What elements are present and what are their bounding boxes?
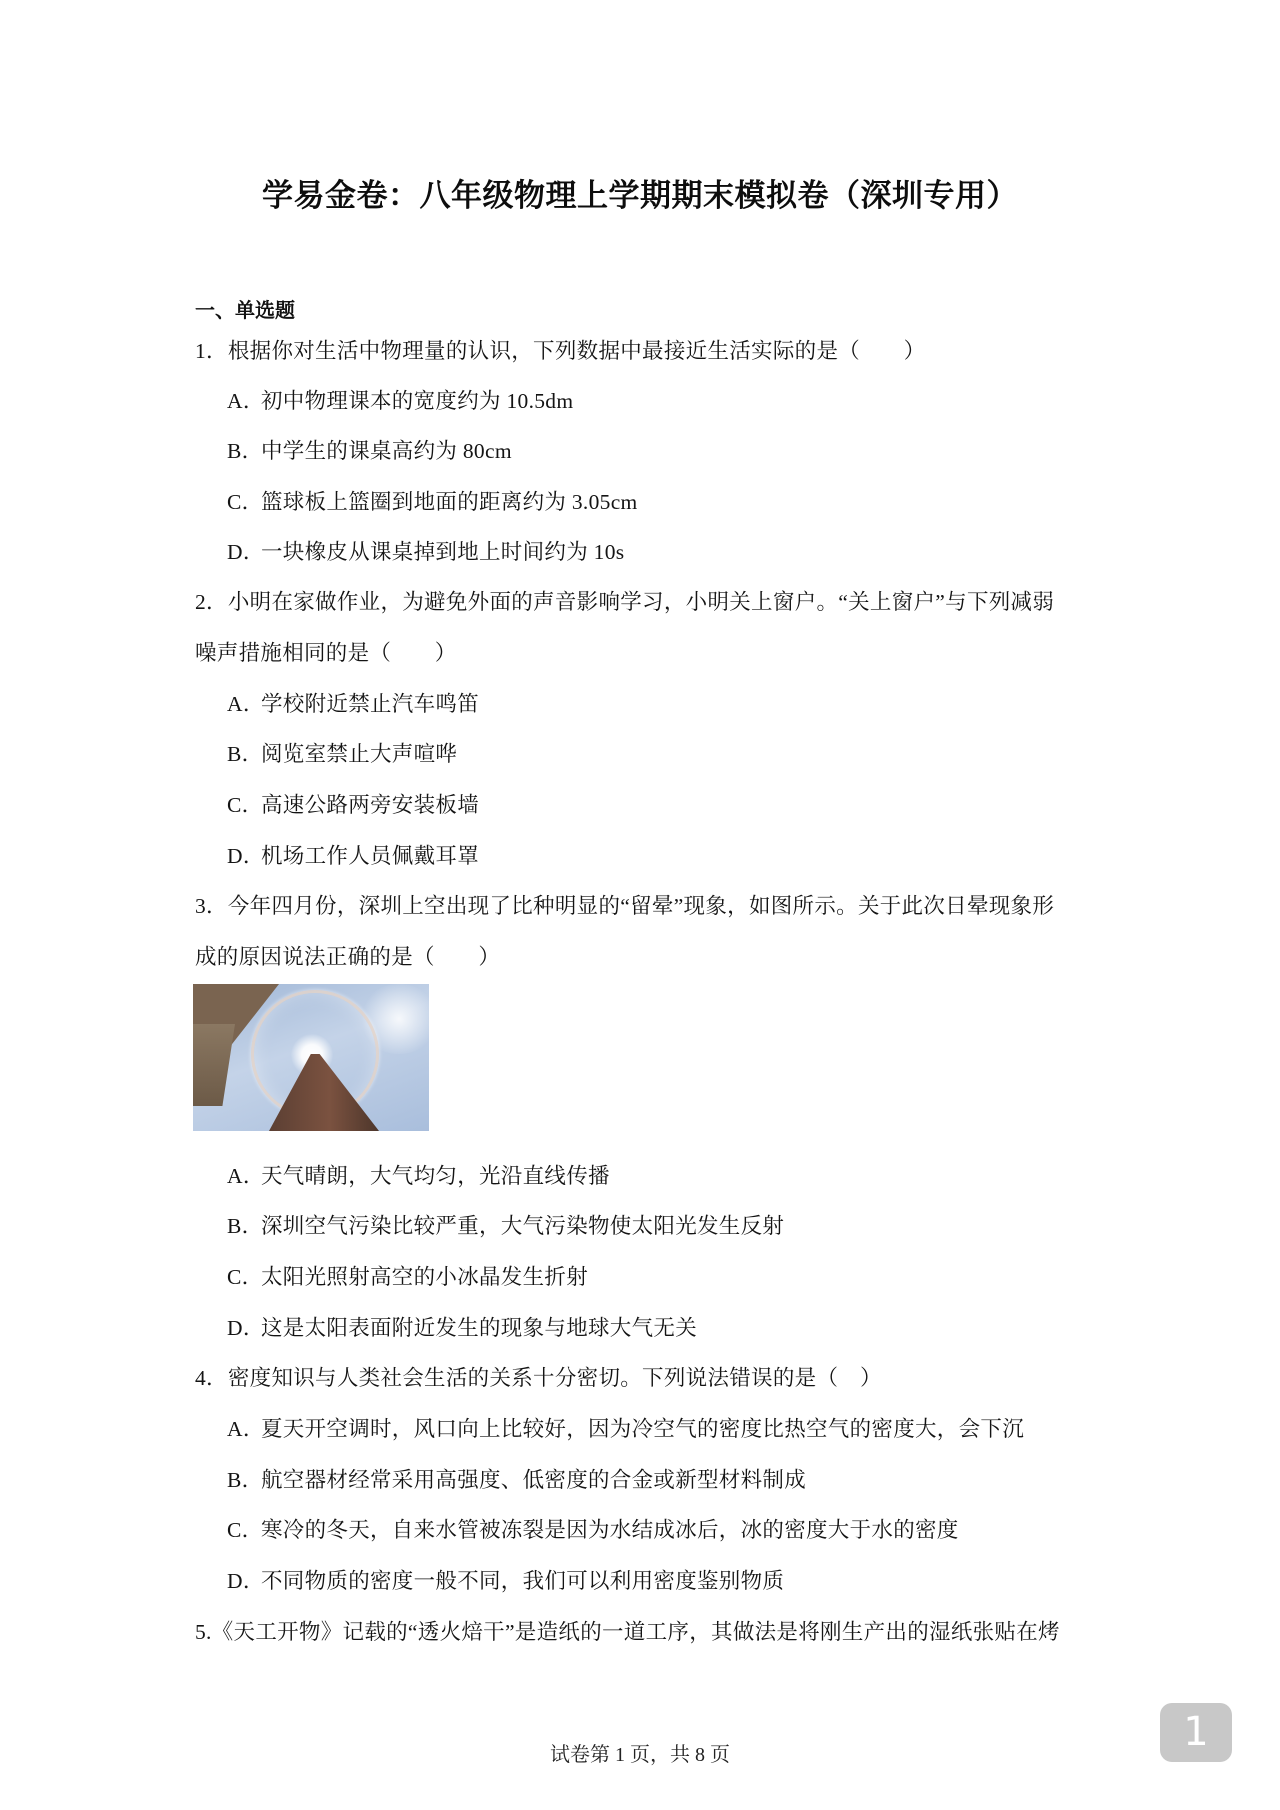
question-2-option-b: B．阅览室禁止大声喧哗 bbox=[227, 740, 457, 768]
option-label: B． bbox=[227, 1466, 261, 1494]
question-1-option-b: B．中学生的课桌高约为 80cm bbox=[227, 437, 512, 465]
option-label: B． bbox=[227, 740, 261, 768]
option-label: C． bbox=[227, 488, 261, 516]
option-label: C． bbox=[227, 1516, 261, 1544]
page-number-badge[interactable]: 1 bbox=[1160, 1703, 1232, 1762]
question-4-stem: 4．密度知识与人类社会生活的关系十分密切。下列说法错误的是（ ） bbox=[195, 1364, 882, 1392]
question-2-option-a: A．学校附近禁止汽车鸣笛 bbox=[227, 690, 479, 718]
option-text: 太阳光照射高空的小冰晶发生折射 bbox=[261, 1265, 588, 1289]
option-label: D． bbox=[227, 842, 261, 870]
option-label: A． bbox=[227, 1162, 261, 1190]
option-label: B． bbox=[227, 1212, 261, 1240]
question-5-stem: 5.《天工开物》记载的“透火焙干”是造纸的一道工序，其做法是将刚生产出的湿纸张贴… bbox=[195, 1618, 1060, 1646]
option-label: C． bbox=[227, 791, 261, 819]
question-4-option-d: D．不同物质的密度一般不同，我们可以利用密度鉴别物质 bbox=[227, 1567, 784, 1595]
option-text: 不同物质的密度一般不同，我们可以利用密度鉴别物质 bbox=[261, 1569, 784, 1593]
option-text: 高速公路两旁安装板墙 bbox=[261, 793, 479, 817]
question-4-option-b: B．航空器材经常采用高强度、低密度的合金或新型材料制成 bbox=[227, 1466, 806, 1494]
option-label: A． bbox=[227, 387, 261, 415]
question-3-option-a: A．天气晴朗，大气均匀，光沿直线传播 bbox=[227, 1162, 610, 1190]
document-title: 学易金卷：八年级物理上学期期末模拟卷（深圳专用） bbox=[0, 170, 1280, 215]
option-text: 中学生的课桌高约为 80cm bbox=[261, 439, 512, 463]
sun-halo-photo bbox=[193, 984, 429, 1131]
option-text: 机场工作人员佩戴耳罩 bbox=[261, 844, 479, 868]
option-label: B． bbox=[227, 437, 261, 465]
question-2-option-c: C．高速公路两旁安装板墙 bbox=[227, 791, 479, 819]
question-3-option-b: B．深圳空气污染比较严重，大气污染物使太阳光发生反射 bbox=[227, 1212, 784, 1240]
option-label: D． bbox=[227, 538, 261, 566]
question-3-stem-line-2: 成的原因说法正确的是（ ） bbox=[195, 943, 500, 971]
section-heading: 一、单选题 bbox=[195, 294, 295, 323]
question-4-option-a: A．夏天开空调时，风口向上比较好，因为冷空气的密度比热空气的密度大，会下沉 bbox=[227, 1415, 1024, 1443]
option-text: 天气晴朗，大气均匀，光沿直线传播 bbox=[261, 1164, 610, 1188]
option-label: D． bbox=[227, 1567, 261, 1595]
option-text: 夏天开空调时，风口向上比较好，因为冷空气的密度比热空气的密度大，会下沉 bbox=[261, 1417, 1024, 1441]
question-2-stem-line-2: 噪声措施相同的是（ ） bbox=[195, 639, 457, 667]
option-text: 篮球板上篮圈到地面的距离约为 3.05cm bbox=[261, 490, 638, 514]
question-1-option-a: A．初中物理课本的宽度约为 10.5dm bbox=[227, 387, 573, 415]
option-label: A． bbox=[227, 690, 261, 718]
page-footer: 试卷第 1 页，共 8 页 bbox=[0, 1738, 1280, 1767]
question-1-option-c: C．篮球板上篮圈到地面的距离约为 3.05cm bbox=[227, 488, 638, 516]
option-text: 深圳空气污染比较严重，大气污染物使太阳光发生反射 bbox=[261, 1214, 784, 1238]
option-text: 寒冷的冬天，自来水管被冻裂是因为水结成冰后，冰的密度大于水的密度 bbox=[261, 1518, 959, 1542]
option-label: D． bbox=[227, 1314, 261, 1342]
question-3-option-d: D．这是太阳表面附近发生的现象与地球大气无关 bbox=[227, 1314, 697, 1342]
question-2-stem-line-1: 2．小明在家做作业，为避免外面的声音影响学习，小明关上窗户。“关上窗户”与下列减… bbox=[195, 588, 1054, 616]
option-text: 初中物理课本的宽度约为 10.5dm bbox=[261, 389, 573, 413]
question-1-stem: 1．根据你对生活中物理量的认识，下列数据中最接近生活实际的是（ ） bbox=[195, 337, 925, 365]
question-1-option-d: D．一块橡皮从课桌掉到地上时间约为 10s bbox=[227, 538, 624, 566]
question-3-option-c: C．太阳光照射高空的小冰晶发生折射 bbox=[227, 1263, 588, 1291]
question-3-stem-line-1: 3．今年四月份，深圳上空出现了比种明显的“留晕”现象，如图所示。关于此次日晕现象… bbox=[195, 892, 1054, 920]
option-text: 阅览室禁止大声喧哗 bbox=[261, 742, 457, 766]
question-2-option-d: D．机场工作人员佩戴耳罩 bbox=[227, 842, 479, 870]
option-label: C． bbox=[227, 1263, 261, 1291]
option-label: A． bbox=[227, 1415, 261, 1443]
option-text: 学校附近禁止汽车鸣笛 bbox=[261, 692, 479, 716]
question-4-option-c: C．寒冷的冬天，自来水管被冻裂是因为水结成冰后，冰的密度大于水的密度 bbox=[227, 1516, 959, 1544]
option-text: 一块橡皮从课桌掉到地上时间约为 10s bbox=[261, 540, 624, 564]
option-text: 航空器材经常采用高强度、低密度的合金或新型材料制成 bbox=[261, 1468, 806, 1492]
option-text: 这是太阳表面附近发生的现象与地球大气无关 bbox=[261, 1316, 697, 1340]
